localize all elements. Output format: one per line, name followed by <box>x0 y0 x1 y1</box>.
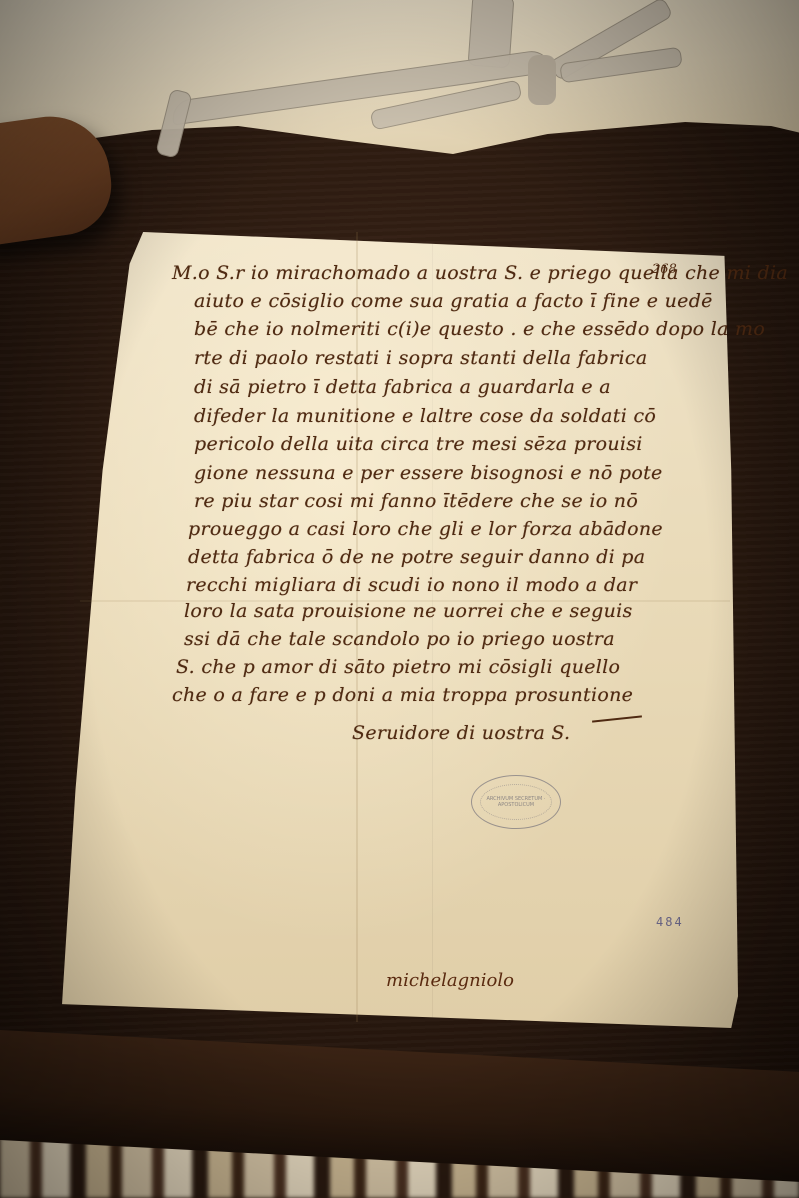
address-signature: michelagniolo <box>386 970 514 991</box>
archive-stamp: ARCHIVUM SECRETUM · APOSTOLICUM <box>471 775 561 829</box>
letter-line: ssi dā che tale scandolo po io priego uo… <box>184 628 615 650</box>
ribbon-knot <box>528 55 556 105</box>
letter-line: detta fabrica ō de ne potre seguir danno… <box>188 546 645 568</box>
letter-line: recchi migliara di scudi io nono il modo… <box>186 574 637 596</box>
letter-line: pericolo della uita circa tre mesi sēza … <box>194 433 643 455</box>
letter-line: difeder la munitione e laltre cose da so… <box>194 405 656 427</box>
letter-line: loro la sata prouisione ne uorrei che e … <box>184 600 633 622</box>
letter-line: aiuto e cōsiglio come sua gratia a facto… <box>194 290 713 312</box>
letter-line: re piu star cosi mi fanno ītēdere che se… <box>194 490 638 512</box>
letter-line: che o a fare e p doni a mia troppa prosu… <box>172 684 633 706</box>
archive-number: 484 <box>656 915 684 929</box>
letter-line: bē che io nolmeriti c(i)e questo . e che… <box>194 318 765 340</box>
letter-line: gione nessuna e per essere bisognosi e n… <box>194 462 663 484</box>
archive-stamp-text: ARCHIVUM SECRETUM · APOSTOLICUM <box>481 796 551 808</box>
letter-line: M.o S.r io mirachomado a uostra S. e pri… <box>172 262 788 284</box>
letter-line: di sā pietro ī detta fabrica a guardarla… <box>194 376 611 398</box>
letter-line: proueggo a casi loro che gli e lor forza… <box>188 518 663 540</box>
letter-line: S. che p amor di sāto pietro mi cōsigli … <box>176 656 620 678</box>
photo-scene: 268 M.o S.r io mirachomado a uostra S. e… <box>0 0 799 1198</box>
letter-line: rte di paolo restati i sopra stanti dell… <box>194 347 647 369</box>
archive-stamp-inner: ARCHIVUM SECRETUM · APOSTOLICUM <box>480 784 552 820</box>
letter-closing: Seruidore di uostra S. <box>352 722 570 744</box>
